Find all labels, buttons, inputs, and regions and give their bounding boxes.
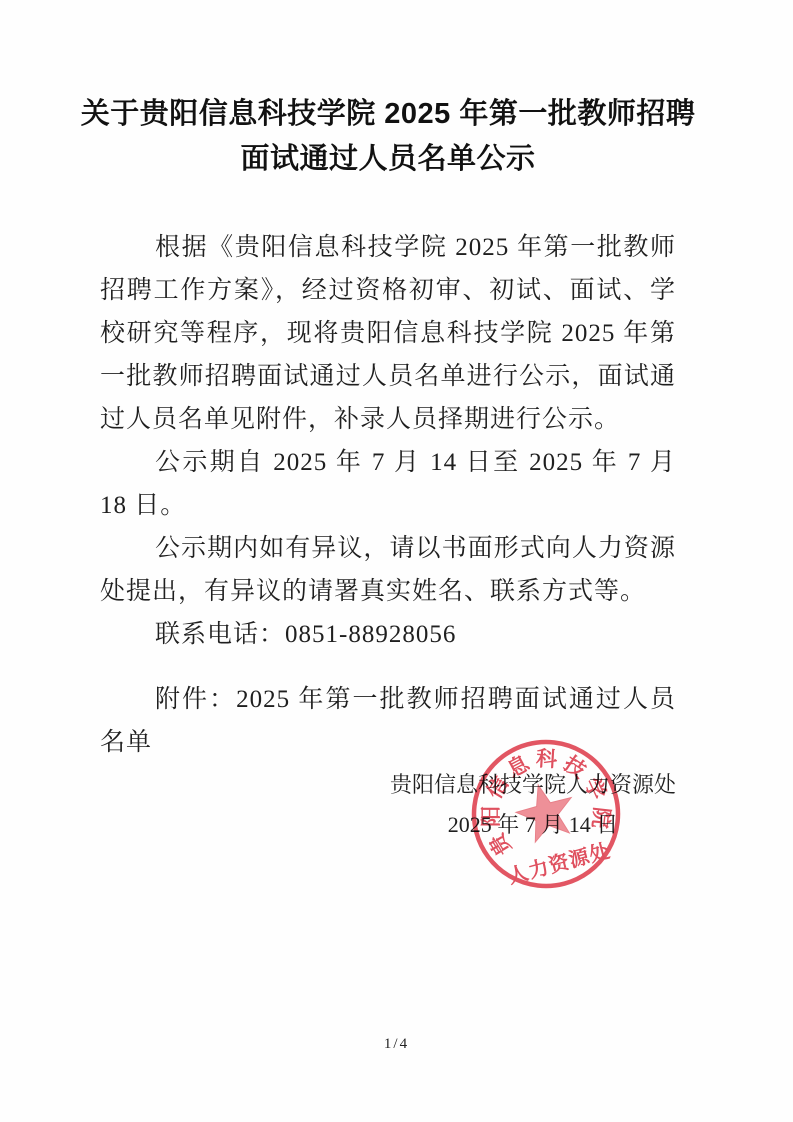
paragraph-objection-notice: 公示期内如有异议，请以书面形式向人力资源处提出，有异议的请署真实姓名、联系方式等…: [100, 527, 676, 613]
page-number: 1/4: [0, 1036, 793, 1053]
document-body: 根据《贵阳信息科技学院 2025 年第一批教师招聘工作方案》，经过资格初审、初试…: [100, 226, 676, 764]
seal-star-icon: [511, 778, 580, 845]
document-page: 关于贵阳信息科技学院 2025 年第一批教师招聘 面试通过人员名单公示 根据《贵…: [0, 0, 793, 1122]
title-line-1: 关于贵阳信息科技学院 2025 年第一批教师招聘: [81, 92, 696, 137]
paragraph-contact-phone: 联系电话：0851-88928056: [100, 613, 676, 656]
title-line-2: 面试通过人员名单公示: [240, 137, 535, 182]
document-title: 关于贵阳信息科技学院 2025 年第一批教师招聘 面试通过人员名单公示: [100, 92, 676, 182]
paragraph-basis: 根据《贵阳信息科技学院 2025 年第一批教师招聘工作方案》，经过资格初审、初试…: [100, 226, 676, 441]
paragraph-publicity-period: 公示期自 2025 年 7 月 14 日至 2025 年 7 月 18 日。: [100, 441, 676, 527]
seal-department-text: 人力资源处: [505, 838, 613, 888]
